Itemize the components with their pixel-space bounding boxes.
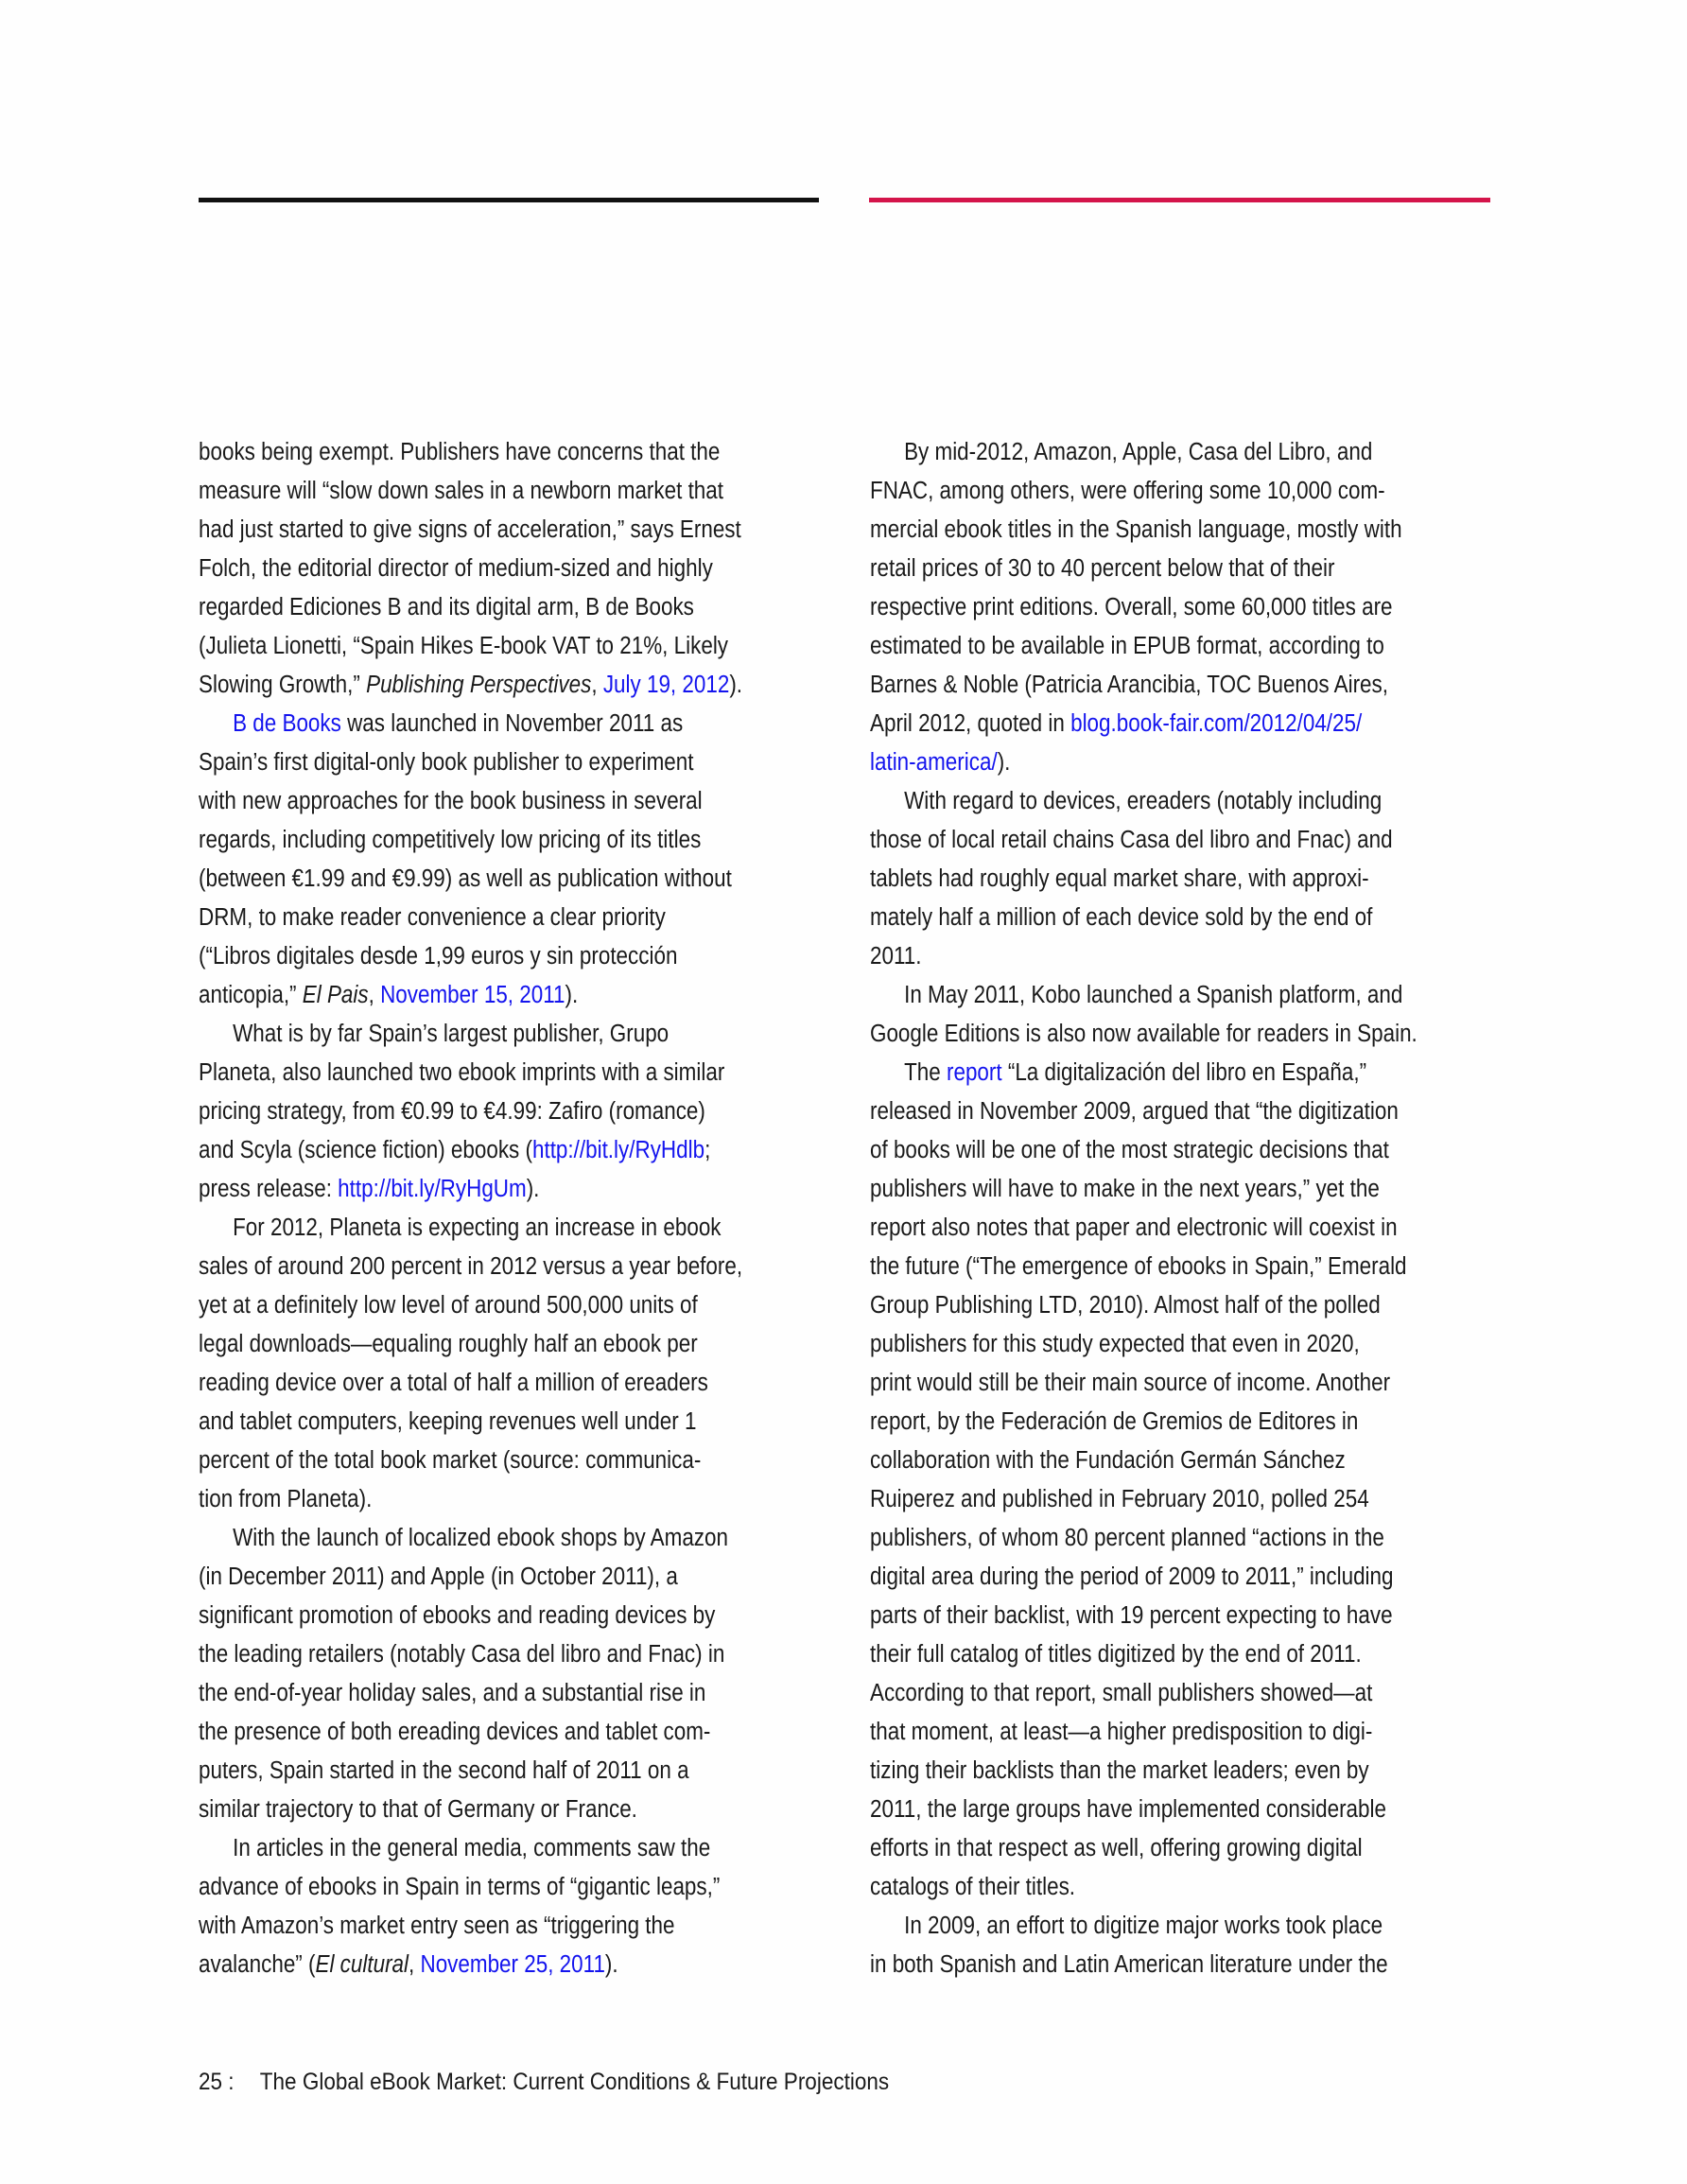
text: ). — [565, 982, 579, 1008]
publication-title: El Pais — [303, 982, 369, 1008]
link-november-25-2011[interactable]: November 25, 2011 — [420, 1951, 604, 1978]
header-rule-right — [869, 198, 1490, 202]
text: Slowing Growth,” — [199, 672, 366, 698]
text-line: catalogs of their titles. — [870, 1868, 1490, 1907]
text-line: Barnes & Noble (Patricia Arancibia, TOC … — [870, 666, 1490, 705]
publication-title: Publishing Perspectives — [366, 672, 591, 698]
right-column: By mid-2012, Amazon, Apple, Casa del Lib… — [870, 433, 1490, 1984]
text-line: B de Books was launched in November 2011… — [199, 705, 819, 743]
text-line: estimated to be available in EPUB format… — [870, 627, 1490, 666]
text: , — [409, 1951, 420, 1978]
text-line: According to that report, small publishe… — [870, 1674, 1490, 1713]
text-line: regarded Ediciones B and its digital arm… — [199, 588, 819, 627]
text-line: books being exempt. Publishers have conc… — [199, 433, 819, 472]
text-line: Folch, the editorial director of medium-… — [199, 550, 819, 588]
text: press release: — [199, 1176, 338, 1202]
text: “La digitalización del libro en España,” — [1002, 1059, 1366, 1086]
text-line: (“Libros digitales desde 1,99 euros y si… — [199, 937, 819, 976]
text-line: April 2012, quoted in blog.book-fair.com… — [870, 705, 1490, 743]
text: , — [369, 982, 380, 1008]
link-b-de-books[interactable]: B de Books — [233, 710, 341, 737]
text-line: Group Publishing LTD, 2010). Almost half… — [870, 1286, 1490, 1325]
text-line: What is by far Spain’s largest publisher… — [199, 1015, 819, 1054]
text-line: 2011. — [870, 937, 1490, 976]
text-line: respective print editions. Overall, some… — [870, 588, 1490, 627]
text-line: Ruiperez and published in February 2010,… — [870, 1480, 1490, 1519]
text-line: By mid-2012, Amazon, Apple, Casa del Lib… — [870, 433, 1490, 472]
text: The — [904, 1059, 947, 1086]
text-line: the presence of both ereading devices an… — [199, 1713, 819, 1752]
text-line: those of local retail chains Casa del li… — [870, 821, 1490, 860]
text-line: tion from Planeta). — [199, 1480, 819, 1519]
link-report[interactable]: report — [947, 1059, 1002, 1086]
text-line: (Julieta Lionetti, “Spain Hikes E-book V… — [199, 627, 819, 666]
text-line: their full catalog of titles digitized b… — [870, 1635, 1490, 1674]
text-line: and tablet computers, keeping revenues w… — [199, 1403, 819, 1441]
text-line: latin-america/). — [870, 743, 1490, 782]
text-line: With regard to devices, ereaders (notabl… — [870, 782, 1490, 821]
link-bitly-ryhdlb[interactable]: http://bit.ly/RyHdlb — [532, 1137, 704, 1163]
text-line: publishers will have to make in the next… — [870, 1170, 1490, 1209]
text-line: DRM, to make reader convenience a clear … — [199, 899, 819, 937]
text-line: puters, Spain started in the second half… — [199, 1752, 819, 1791]
text: ). — [998, 749, 1011, 776]
text: and Scyla (science fiction) ebooks ( — [199, 1137, 532, 1163]
text: ). — [729, 672, 742, 698]
text-line: The report “La digitalización del libro … — [870, 1054, 1490, 1092]
text-line: Google Editions is also now available fo… — [870, 1015, 1490, 1054]
text: anticopia,” — [199, 982, 303, 1008]
text-line: percent of the total book market (source… — [199, 1441, 819, 1480]
text-line: the future (“The emergence of ebooks in … — [870, 1248, 1490, 1286]
text: , — [591, 672, 602, 698]
page-number: 25 : — [199, 2068, 260, 2096]
text-line: legal downloads—equaling roughly half an… — [199, 1325, 819, 1364]
text: ). — [605, 1951, 618, 1978]
document-title: The Global eBook Market: Current Conditi… — [260, 2069, 889, 2095]
text-line: report also notes that paper and electro… — [870, 1209, 1490, 1248]
text-line: avalanche” (El cultural, November 25, 20… — [199, 1946, 819, 1984]
text-line: parts of their backlist, with 19 percent… — [870, 1597, 1490, 1635]
text-line: anticopia,” El Pais, November 15, 2011). — [199, 976, 819, 1015]
text-line: For 2012, Planeta is expecting an increa… — [199, 1209, 819, 1248]
text-line: 2011, the large groups have implemented … — [870, 1791, 1490, 1829]
text: April 2012, quoted in — [870, 710, 1070, 737]
text-line: with Amazon’s market entry seen as “trig… — [199, 1907, 819, 1946]
text-line: digital area during the period of 2009 t… — [870, 1558, 1490, 1597]
text-line: the end-of-year holiday sales, and a sub… — [199, 1674, 819, 1713]
text-line: In May 2011, Kobo launched a Spanish pla… — [870, 976, 1490, 1015]
text-line: publishers, of whom 80 percent planned “… — [870, 1519, 1490, 1558]
text-line: publishers for this study expected that … — [870, 1325, 1490, 1364]
text-line: pricing strategy, from €0.99 to €4.99: Z… — [199, 1092, 819, 1131]
text-line: press release: http://bit.ly/RyHgUm). — [199, 1170, 819, 1209]
text-line: tizing their backlists than the market l… — [870, 1752, 1490, 1791]
text-line: that moment, at least—a higher predispos… — [870, 1713, 1490, 1752]
text-line: released in November 2009, argued that “… — [870, 1092, 1490, 1131]
text-line: yet at a definitely low level of around … — [199, 1286, 819, 1325]
text: ; — [704, 1137, 710, 1163]
left-column: books being exempt. Publishers have conc… — [199, 433, 819, 1984]
text-line: FNAC, among others, were offering some 1… — [870, 472, 1490, 511]
text-line: print would still be their main source o… — [870, 1364, 1490, 1403]
text-line: In articles in the general media, commen… — [199, 1829, 819, 1868]
page-footer: 25 :The Global eBook Market: Current Con… — [199, 2068, 889, 2096]
text-line: report, by the Federación de Gremios de … — [870, 1403, 1490, 1441]
text-line: In 2009, an effort to digitize major wor… — [870, 1907, 1490, 1946]
text-line: tablets had roughly equal market share, … — [870, 860, 1490, 899]
text-line: Spain’s first digital-only book publishe… — [199, 743, 819, 782]
text-line: of books will be one of the most strateg… — [870, 1131, 1490, 1170]
text: ). — [527, 1176, 540, 1202]
text-line: the leading retailers (notably Casa del … — [199, 1635, 819, 1674]
header-rule-left — [199, 198, 819, 202]
text-line: mately half a million of each device sol… — [870, 899, 1490, 937]
text-line: reading device over a total of half a mi… — [199, 1364, 819, 1403]
text-line: advance of ebooks in Spain in terms of “… — [199, 1868, 819, 1907]
text-line: retail prices of 30 to 40 percent below … — [870, 550, 1490, 588]
text-line: efforts in that respect as well, offerin… — [870, 1829, 1490, 1868]
text-line: collaboration with the Fundación Germán … — [870, 1441, 1490, 1480]
link-book-fair-blog-cont[interactable]: latin-america/ — [870, 749, 998, 776]
text-line: and Scyla (science fiction) ebooks (http… — [199, 1131, 819, 1170]
text-line: in both Spanish and Latin American liter… — [870, 1946, 1490, 1984]
link-july-19-2012[interactable]: July 19, 2012 — [603, 672, 729, 698]
text-line: measure will “slow down sales in a newbo… — [199, 472, 819, 511]
text-line: had just started to give signs of accele… — [199, 511, 819, 550]
publication-title: El cultural — [315, 1951, 409, 1978]
text-line: (in December 2011) and Apple (in October… — [199, 1558, 819, 1597]
text-line: mercial ebook titles in the Spanish lang… — [870, 511, 1490, 550]
text-line: sales of around 200 percent in 2012 vers… — [199, 1248, 819, 1286]
link-november-15-2011[interactable]: November 15, 2011 — [380, 982, 565, 1008]
text: was launched in November 2011 as — [341, 710, 683, 737]
link-book-fair-blog[interactable]: blog.book-fair.com/2012/04/25/ — [1070, 710, 1362, 737]
text-line: significant promotion of ebooks and read… — [199, 1597, 819, 1635]
text: avalanche” ( — [199, 1951, 315, 1978]
text-line: with new approaches for the book busines… — [199, 782, 819, 821]
text-line: With the launch of localized ebook shops… — [199, 1519, 819, 1558]
text-line: Slowing Growth,” Publishing Perspectives… — [199, 666, 819, 705]
text-line: (between €1.99 and €9.99) as well as pub… — [199, 860, 819, 899]
text-line: similar trajectory to that of Germany or… — [199, 1791, 819, 1829]
link-bitly-ryhgum[interactable]: http://bit.ly/RyHgUm — [338, 1176, 527, 1202]
text-line: Planeta, also launched two ebook imprint… — [199, 1054, 819, 1092]
text-line: regards, including competitively low pri… — [199, 821, 819, 860]
